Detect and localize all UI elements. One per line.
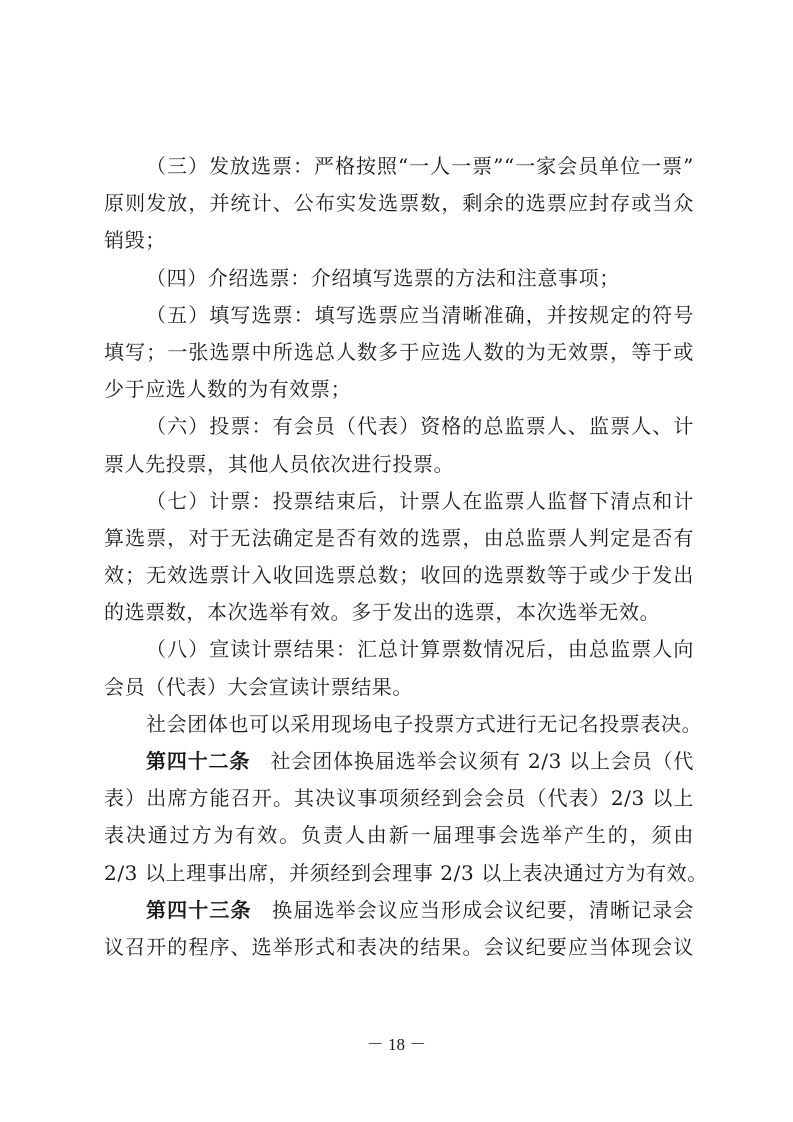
article-42: 第四十二条社会团体换届选举会议须有 2/3 以上会员（代 表）出席方能召开。其决… <box>104 743 694 892</box>
paragraph-item-7: （七）计票：投票结束后，计票人在监票人监督下清点和计 算选票，对于无法确定是否有… <box>104 483 694 632</box>
text-line: 销毁； <box>104 222 694 259</box>
text-line: （五）填写选票：填写选票应当清晰准确，并按规定的符号 <box>104 297 694 334</box>
paragraph-item-4: （四）介绍选票：介绍填写选票的方法和注意事项； <box>104 260 694 297</box>
text-line: 表）出席方能召开。其决议事项须经到会会员（代表）2/3 以上 <box>104 780 694 817</box>
paragraph-item-3: （三）发放选票：严格按照“一人一票”“一家会员单位一票” 原则发放，并统计、公布… <box>104 148 694 260</box>
paragraph-item-5: （五）填写选票：填写选票应当清晰准确，并按规定的符号 填写；一张选票中所选总人数… <box>104 297 694 409</box>
text-line: （七）计票：投票结束后，计票人在监票人监督下清点和计 <box>104 483 694 520</box>
text-line: 会员（代表）大会宣读计票结果。 <box>104 669 694 706</box>
text-line: 社会团体也可以采用现场电子投票方式进行无记名投票表决。 <box>104 706 694 743</box>
text-line: 效；无效选票计入收回选票总数；收回的选票数等于或少于发出 <box>104 557 694 594</box>
text-line: 原则发放，并统计、公布实发选票数，剩余的选票应封存或当众 <box>104 185 694 222</box>
text-line: （六）投票：有会员（代表）资格的总监票人、监票人、计 <box>104 408 694 445</box>
article-text: 社会团体换届选举会议须有 2/3 以上会员（代 <box>270 749 694 773</box>
text-line: 第四十三条换届选举会议应当形成会议纪要，清晰记录会 <box>104 892 694 929</box>
paragraph-item-8: （八）宣读计票结果：汇总计算票数情况后，由总监票人向 会员（代表）大会宣读计票结… <box>104 631 694 705</box>
text-line: 票人先投票，其他人员依次进行投票。 <box>104 446 694 483</box>
page-number: － 18 － <box>0 1030 793 1055</box>
text-line: 算选票，对于无法确定是否有效的选票，由总监票人判定是否有 <box>104 520 694 557</box>
paragraph-item-6: （六）投票：有会员（代表）资格的总监票人、监票人、计 票人先投票，其他人员依次进… <box>104 408 694 482</box>
article-43: 第四十三条换届选举会议应当形成会议纪要，清晰记录会 议召开的程序、选举形式和表决… <box>104 892 694 966</box>
article-heading: 第四十三条 <box>146 898 252 922</box>
article-heading: 第四十二条 <box>146 749 250 773</box>
article-text: 换届选举会议应当形成会议纪要，清晰记录会 <box>272 898 694 922</box>
text-line: 2/3 以上理事出席，并须经到会理事 2/3 以上表决通过方为有效。 <box>104 855 694 892</box>
text-line: （四）介绍选票：介绍填写选票的方法和注意事项； <box>104 260 694 297</box>
document-body: （三）发放选票：严格按照“一人一票”“一家会员单位一票” 原则发放，并统计、公布… <box>104 148 694 966</box>
text-line: （三）发放选票：严格按照“一人一票”“一家会员单位一票” <box>104 148 694 185</box>
paragraph-electronic-voting: 社会团体也可以采用现场电子投票方式进行无记名投票表决。 <box>104 706 694 743</box>
text-line: （八）宣读计票结果：汇总计算票数情况后，由总监票人向 <box>104 631 694 668</box>
text-line: 的选票数，本次选举有效。多于发出的选票，本次选举无效。 <box>104 594 694 631</box>
text-line: 第四十二条社会团体换届选举会议须有 2/3 以上会员（代 <box>104 743 694 780</box>
text-line: 填写；一张选票中所选总人数多于应选人数的为无效票，等于或 <box>104 334 694 371</box>
text-line: 少于应选人数的为有效票； <box>104 371 694 408</box>
text-line: 议召开的程序、选举形式和表决的结果。会议纪要应当体现会议 <box>104 929 694 966</box>
text-line: 表决通过方为有效。负责人由新一届理事会选举产生的，须由 <box>104 817 694 854</box>
